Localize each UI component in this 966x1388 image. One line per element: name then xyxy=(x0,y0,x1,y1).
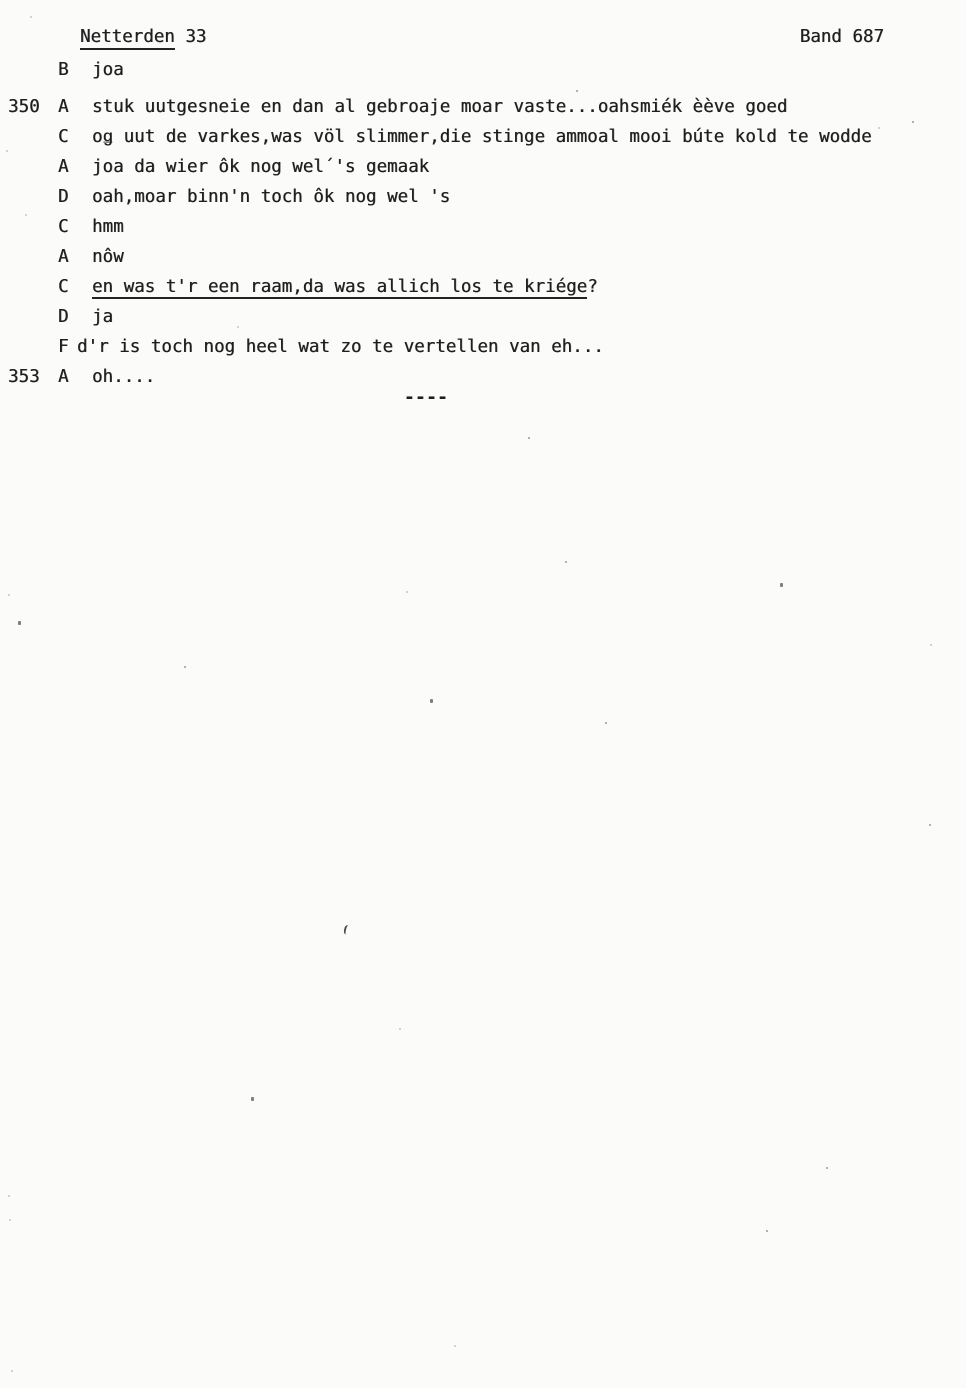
speaker-label: A xyxy=(58,92,92,122)
transcript-line: A joa da wier ôk nog wel´'s gemaak xyxy=(0,152,966,182)
title-number: 33 xyxy=(185,27,206,47)
line-text: oǥ uut de varkes,was völ slimmer,die sti… xyxy=(92,122,872,152)
scan-speck xyxy=(18,621,21,625)
line-text: hmm xyxy=(92,212,124,242)
line-text: joa da wier ôk nog wel´'s gemaak xyxy=(92,152,429,182)
speaker-label: C xyxy=(58,212,92,242)
scan-speck xyxy=(251,1097,254,1101)
transcript-line: 350 A stuk uutgesneie en dan al gebroaje… xyxy=(0,92,966,122)
speaker-label: A xyxy=(58,242,92,272)
scan-speck xyxy=(766,1230,768,1232)
line-text: d'r is toch nog heel wat zo te vertellen… xyxy=(77,332,604,362)
transcript-line: C en was t'r een raam,da was allich los … xyxy=(0,272,966,302)
scan-speck xyxy=(430,699,433,703)
scan-speck xyxy=(565,561,567,563)
scan-speck xyxy=(605,722,607,724)
line-text: ja xyxy=(92,302,113,332)
scan-speck xyxy=(576,90,578,92)
scan-speck xyxy=(8,1195,10,1197)
transcript-line: 353 A oh.... xyxy=(0,362,966,392)
line-text: oh.... xyxy=(92,362,155,392)
scan-speck xyxy=(25,214,27,216)
scan-speck xyxy=(878,127,880,129)
speaker-label: A xyxy=(58,362,92,392)
scan-speck xyxy=(399,1028,401,1030)
line-text: en was t'r een raam,da was allich los te… xyxy=(92,272,598,302)
transcript-line: D ja xyxy=(0,302,966,332)
transcript-line: F d'r is toch nog heel wat zo te vertell… xyxy=(0,332,966,362)
scan-speck xyxy=(780,583,783,587)
line-text: stuk uutgesneie en dan al gebroaje moar … xyxy=(92,92,787,122)
transcript-line: C hmm xyxy=(0,212,966,242)
scan-speck xyxy=(237,326,239,328)
speaker-label: B xyxy=(58,55,92,85)
scan-speck xyxy=(528,437,530,439)
line-number: 350 xyxy=(8,92,58,122)
speaker-label: C xyxy=(58,122,92,152)
typewritten-transcript-page: Netterden33 Band 687 B joa 350 A stuk uu… xyxy=(0,0,966,1388)
scan-speck xyxy=(184,666,186,668)
page-title: Netterden33 xyxy=(80,26,206,48)
speaker-label: A xyxy=(58,152,92,182)
scan-speck xyxy=(454,1345,456,1347)
speaker-label: D xyxy=(58,302,92,332)
scan-speck xyxy=(11,1370,13,1372)
line-number: 353 xyxy=(8,362,58,392)
scan-speck xyxy=(929,824,931,826)
scan-speck xyxy=(826,1167,828,1169)
line-text: nôw xyxy=(92,242,124,272)
transcript-line: D oah,moar binn'n toch ôk nog wel 's xyxy=(0,182,966,212)
transcript-line: C oǥ uut de varkes,was völ slimmer,die s… xyxy=(0,122,966,152)
scan-speck xyxy=(406,591,408,593)
scan-speck xyxy=(930,644,932,646)
scan-speck xyxy=(30,16,32,18)
speaker-label: D xyxy=(58,182,92,212)
scan-speck xyxy=(8,594,10,596)
scan-speck xyxy=(6,150,8,152)
transcript-line: B joa xyxy=(0,55,966,85)
speaker-label: F xyxy=(58,332,77,362)
scan-stray-mark xyxy=(343,924,352,935)
page-header: Netterden33 Band 687 xyxy=(0,0,966,48)
transcript-lines: B joa 350 A stuk uutgesneie en dan al ge… xyxy=(0,55,966,392)
speaker-label: C xyxy=(58,272,92,302)
end-mark: ---- xyxy=(404,390,966,406)
band-label: Band 687 xyxy=(800,26,884,48)
line-text: oah,moar binn'n toch ôk nog wel 's xyxy=(92,182,450,212)
line-text: joa xyxy=(92,55,124,85)
scan-speck xyxy=(9,1219,11,1221)
scan-speck xyxy=(912,121,914,123)
transcript-line: A nôw xyxy=(0,242,966,272)
title-location: Netterden xyxy=(80,27,175,50)
